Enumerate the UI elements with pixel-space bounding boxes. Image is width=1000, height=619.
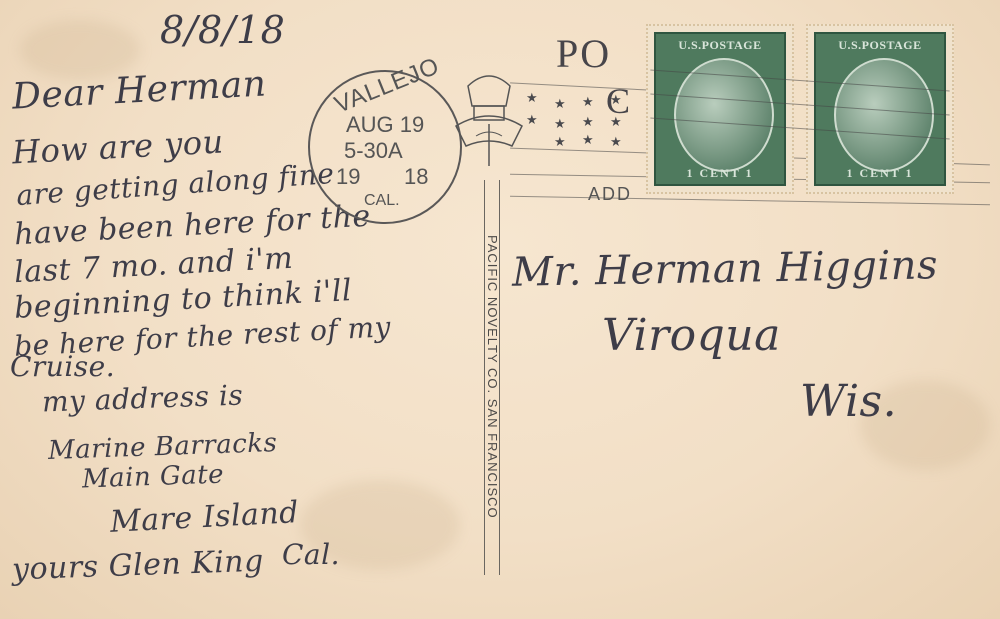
postmark-year-right: 18: [404, 164, 428, 190]
addressee-name: Mr. Herman Higgins: [512, 242, 939, 295]
message-line: How are you: [11, 122, 224, 171]
message-line: Cal.: [282, 538, 340, 571]
message-line: Mare Island: [109, 495, 300, 540]
publisher-imprint: PACIFIC NOVELTY CO. SAN FRANCISCO: [482, 182, 500, 572]
post-card-heading: PO: [556, 30, 611, 77]
cancel-text: ADD: [588, 184, 632, 205]
washington-portrait-icon: [834, 58, 934, 172]
postmark-time: 5-30A: [344, 138, 403, 164]
post-card-heading-2: C: [606, 80, 632, 122]
date-written: 8/8/18: [160, 8, 285, 52]
postmark-date: AUG 19: [346, 112, 424, 138]
stamp-label: U.S.POSTAGE: [816, 38, 944, 53]
postmark-year-left: 19: [336, 164, 360, 190]
message-line: Main Gate: [82, 460, 225, 495]
cancel-line: [510, 196, 990, 205]
postmark-state: CAL.: [364, 192, 400, 210]
stamp-value: 1 CENT 1: [816, 166, 944, 181]
addressee-city: Viroqua: [602, 310, 781, 361]
postcard-back: 8/8/18 Dear Herman How are you are getti…: [0, 0, 1000, 619]
stamp-value: 1 CENT 1: [656, 166, 784, 181]
stamp-label: U.S.POSTAGE: [656, 38, 784, 53]
addressee-state: Wis.: [800, 376, 897, 427]
message-line: my address is: [41, 378, 243, 418]
message-line: Marine Barracks: [48, 428, 278, 466]
message-line: Cruise.: [10, 350, 115, 383]
signature: yours Glen King: [11, 544, 264, 588]
postage-stamp: U.S.POSTAGE 1 CENT 1: [646, 24, 794, 194]
